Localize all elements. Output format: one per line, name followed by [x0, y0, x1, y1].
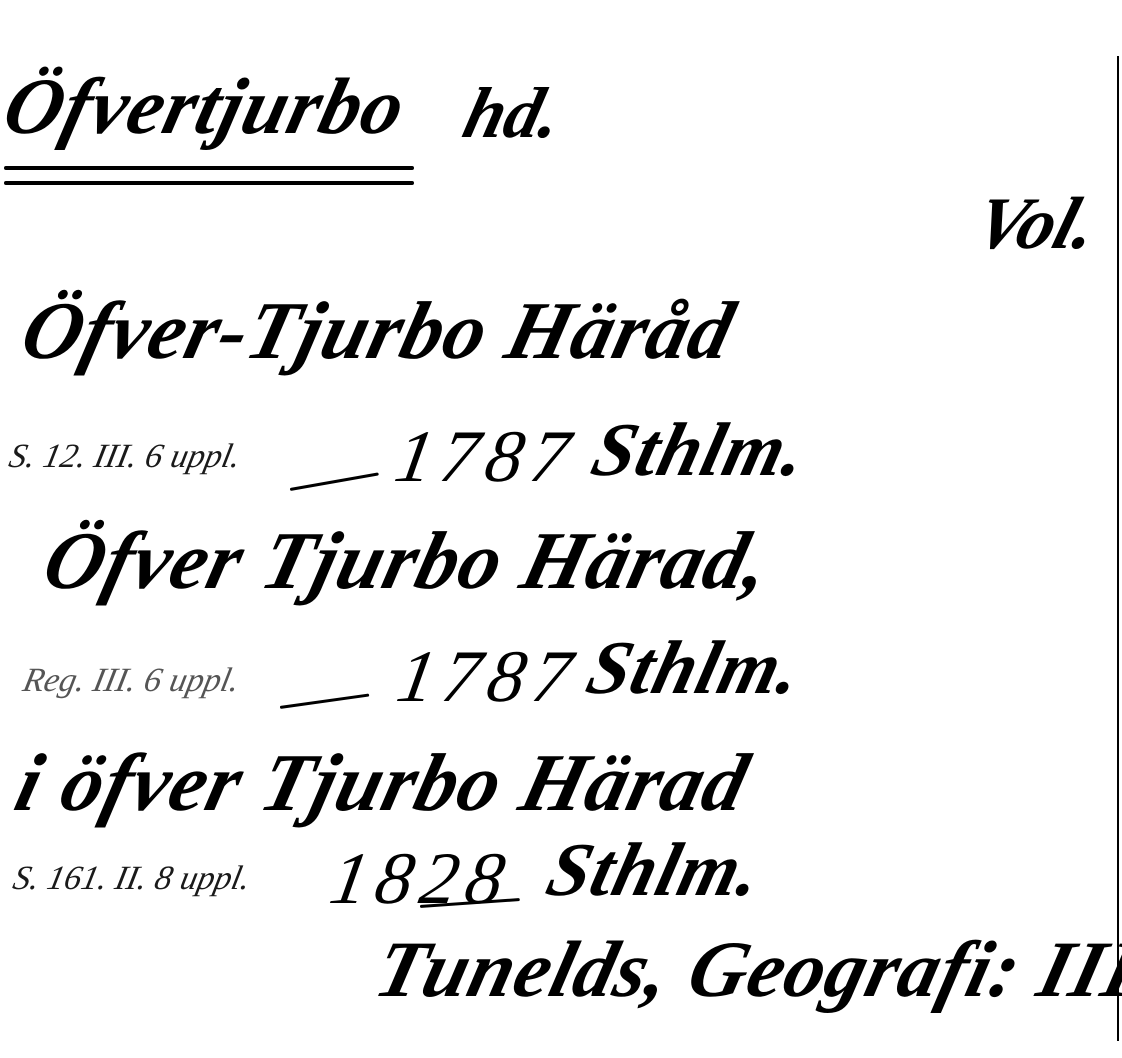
entry-1-reference: S. 12. III. 6 uppl. — [6, 440, 244, 474]
entry-2-place: Sthlm. — [580, 630, 810, 706]
entry-1-reference-flourish — [290, 472, 379, 491]
heading-place-name: Öfvertjurbo — [0, 62, 415, 153]
entry-3-name: i öfver Tjurbo Härad — [8, 742, 757, 824]
entry-2-reference-flourish — [280, 693, 370, 708]
heading-underline-upper — [4, 166, 414, 170]
entry-3-reference: S. 161. II. 8 uppl. — [10, 862, 253, 896]
card-edge-rule — [1117, 56, 1119, 1041]
entry-2-year: 1787 — [392, 640, 585, 714]
entry-2-reference: Reg. III. 6 uppl. — [20, 664, 243, 698]
card-heading: Öfvertjurbo hd. — [6, 62, 404, 153]
source-citation: Tunelds, Geografi: III o. II. — [368, 930, 1122, 1010]
index-card: Öfvertjurbo hd. Vol. Öfver-Tjurbo Häråd … — [0, 0, 1122, 1058]
entry-2-name: Öfver Tjurbo Härad, — [36, 520, 779, 602]
volume-mark: Vol. — [966, 182, 1108, 267]
entry-1-year: 1787 — [390, 420, 583, 494]
entry-1-name: Öfver-Tjurbo Häråd — [14, 290, 743, 372]
entry-1-place: Sthlm. — [585, 412, 815, 488]
heading-underline-lower — [4, 181, 414, 185]
heading-district-abbrev: hd. — [456, 72, 571, 155]
entry-3-place: Sthlm. — [540, 832, 770, 908]
